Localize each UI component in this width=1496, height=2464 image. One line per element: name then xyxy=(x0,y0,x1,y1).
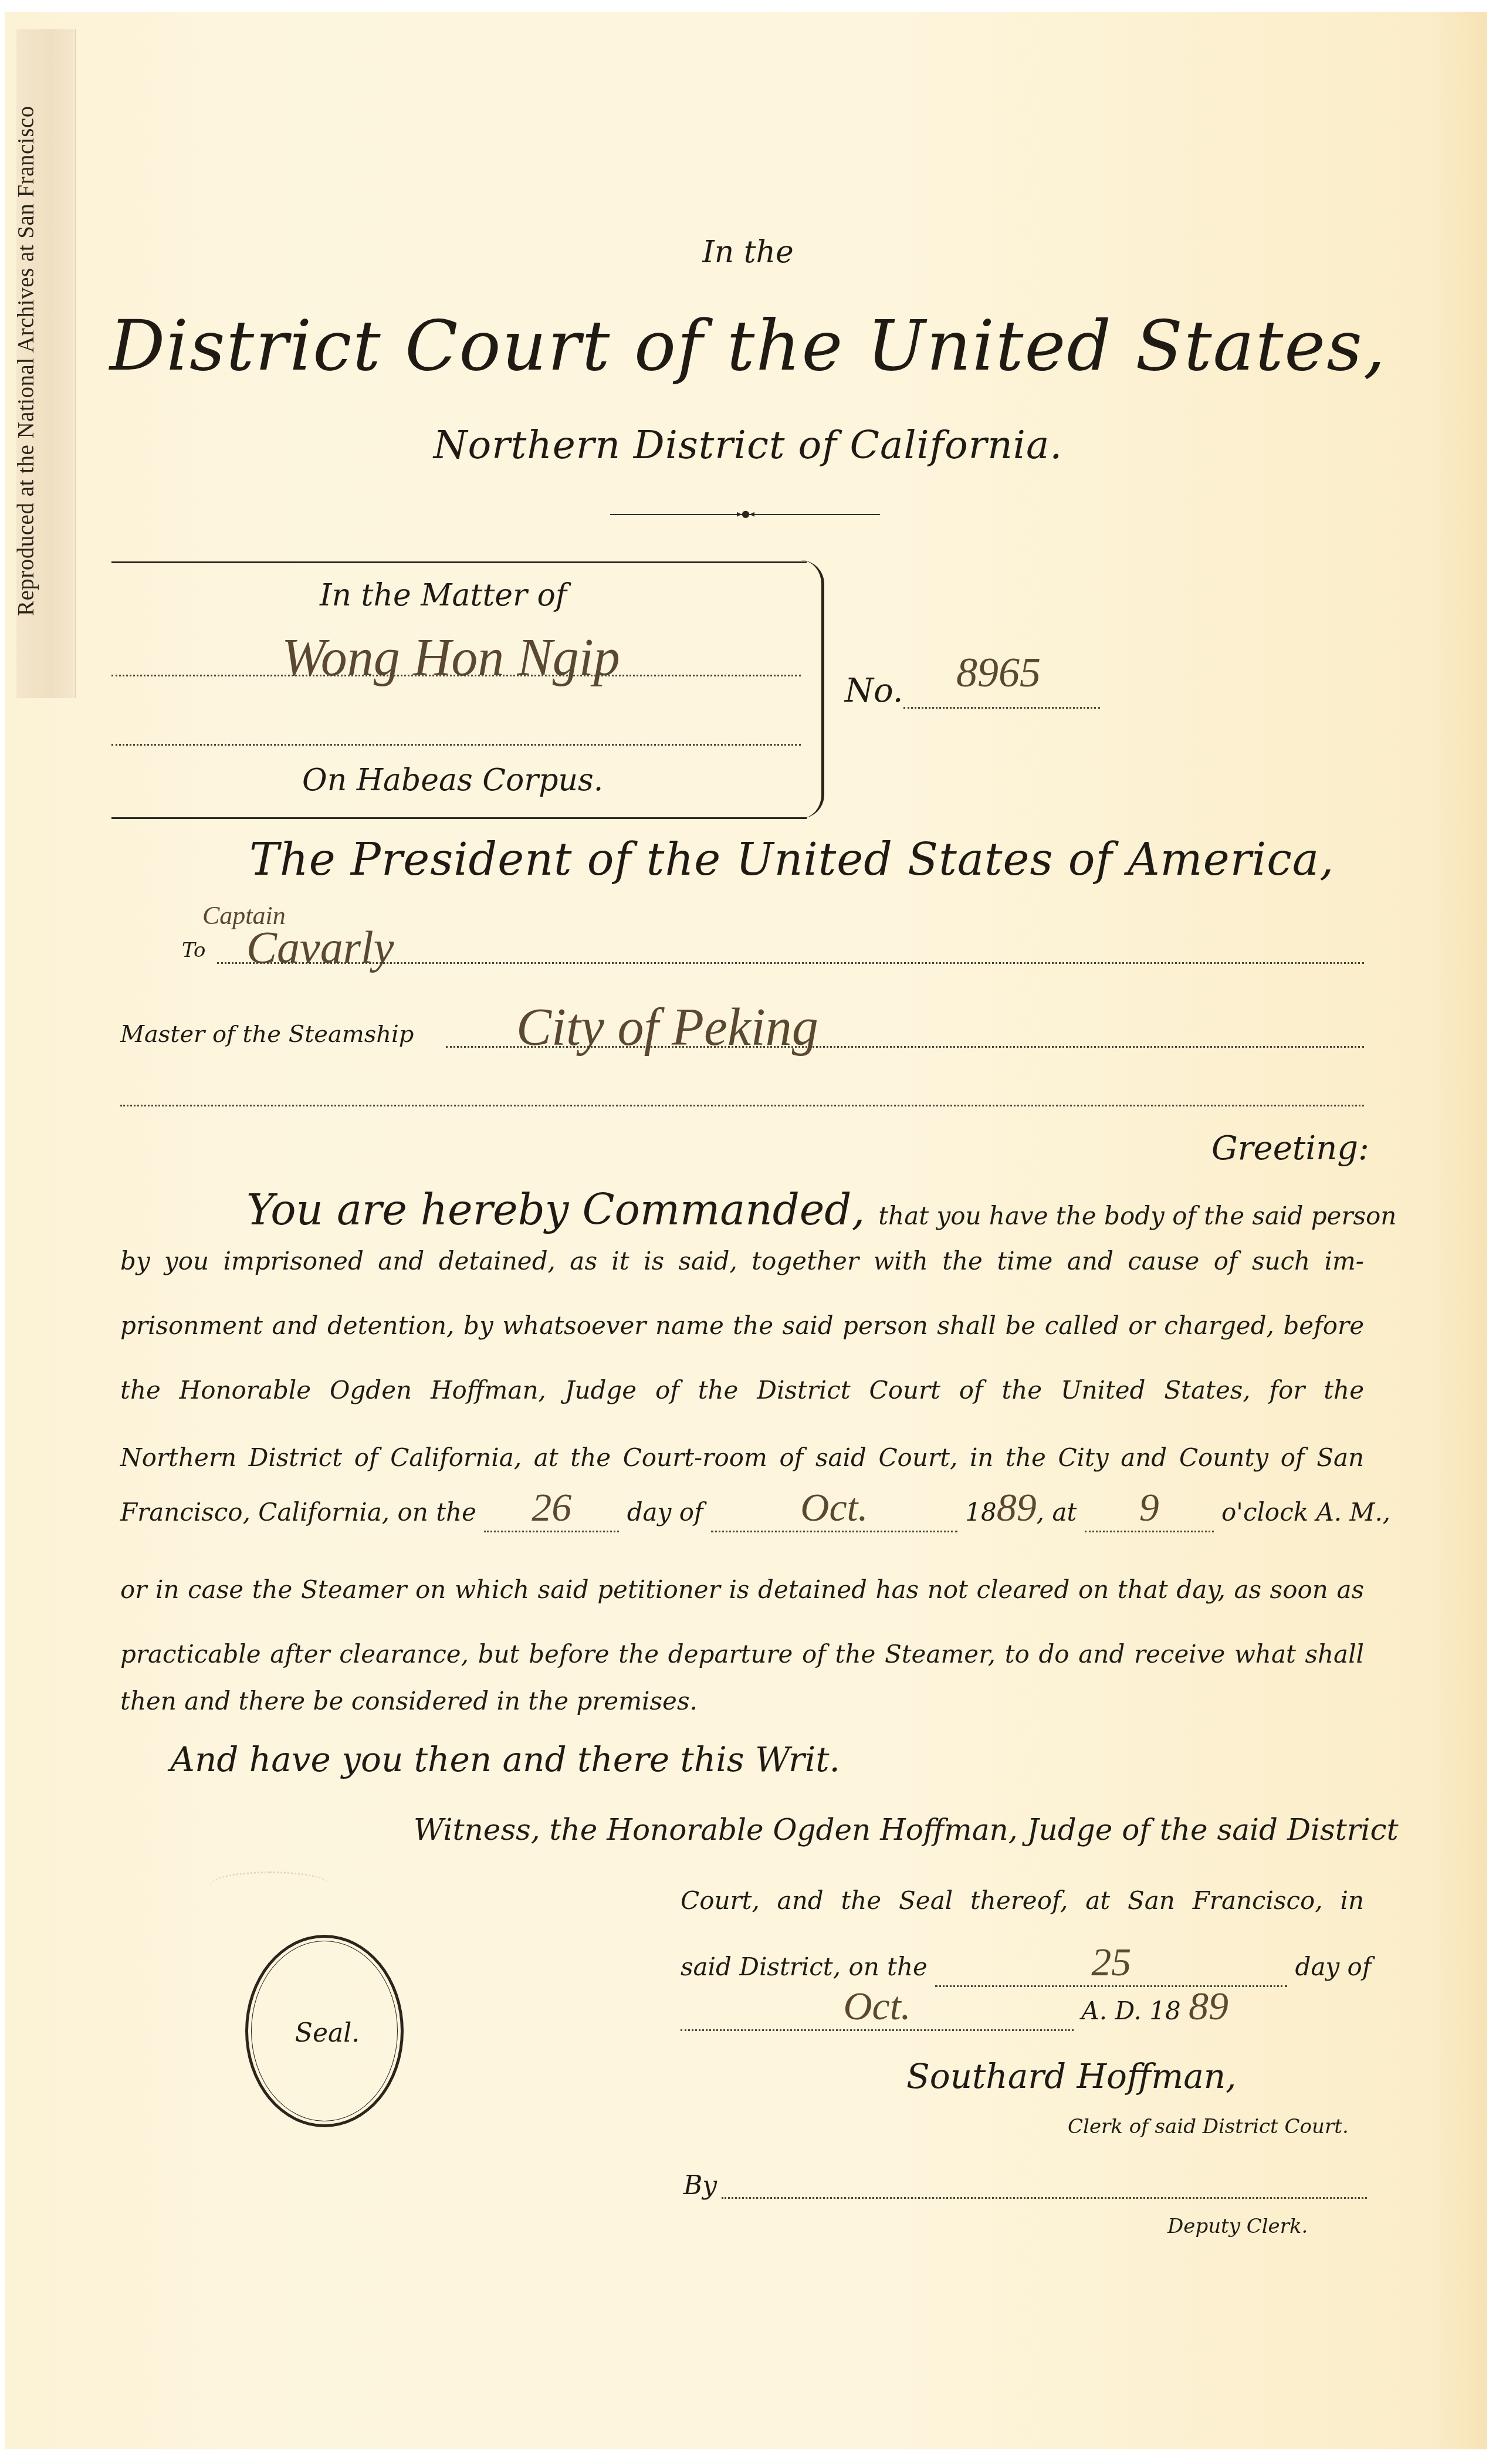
clerk-name: Southard Hoffman, xyxy=(906,2056,1237,2096)
district-subtitle: Northern District of California. xyxy=(0,422,1496,468)
steamship-name[interactable]: City of Peking xyxy=(516,997,818,1058)
body-line-9: then and there be considered in the prem… xyxy=(120,1687,698,1715)
witness-line-2: Court, and the Seal thereof, at San Fran… xyxy=(681,1886,1364,1915)
to-label: To xyxy=(182,939,206,962)
by-label: By xyxy=(683,2171,717,2201)
witness-line-1: Witness, the Honorable Ogden Hoffman, Ju… xyxy=(414,1813,1399,1847)
faint-stamp-mark xyxy=(211,1871,329,1897)
body-line-3: prisonment and detention, by whatsoever … xyxy=(120,1311,1364,1340)
caption-bottom-rule xyxy=(111,817,807,819)
habeas-corpus-label: On Habeas Corpus. xyxy=(302,763,603,798)
case-number[interactable]: 8965 xyxy=(956,648,1041,697)
hearing-text-b: day of xyxy=(627,1498,703,1527)
case-number-label: No. xyxy=(845,672,903,710)
steamship-line xyxy=(446,1046,1364,1048)
issue-month-field[interactable]: Oct. xyxy=(681,1983,1074,2031)
president-line: The President of the United States of Am… xyxy=(249,833,1334,885)
recipient-line xyxy=(217,962,1364,964)
petitioner-name-line xyxy=(111,675,801,676)
petitioner-name-line-2 xyxy=(111,744,801,746)
commanded-line: You are hereby Commanded, that you have … xyxy=(246,1185,1396,1234)
issue-year-suffix[interactable]: 89 xyxy=(1189,1984,1228,2028)
hearing-text-c: 18 xyxy=(965,1498,996,1527)
hearing-date-line: Francisco, California, on the 26 day of … xyxy=(120,1484,1364,1532)
body-line-8: practicable after clearance, but before … xyxy=(120,1640,1364,1668)
issue-day: 25 xyxy=(1091,1940,1131,1984)
court-title: District Court of the United States, xyxy=(0,305,1496,386)
witness-text-a: said District, on the xyxy=(681,1952,928,1981)
master-label: Master of the Steamship xyxy=(120,1021,414,1048)
seal-oval: Seal. xyxy=(245,1935,404,2127)
hearing-hour: 9 xyxy=(1139,1485,1159,1529)
hearing-text-d: , at xyxy=(1037,1498,1077,1527)
body-line-4: the Honorable Ogden Hoffman, Judge of th… xyxy=(120,1376,1364,1404)
issue-day-field[interactable]: 25 xyxy=(935,1939,1287,1987)
ornament-divider: ▸●◂ xyxy=(610,513,880,516)
blank-line xyxy=(120,1105,1364,1106)
ad-label: A. D. 18 xyxy=(1081,1996,1180,2025)
right-brace-icon xyxy=(798,560,824,818)
case-number-line xyxy=(903,707,1100,709)
hearing-year-suffix[interactable]: 89 xyxy=(997,1485,1037,1529)
body-line-7: or in case the Steamer on which said pet… xyxy=(120,1575,1364,1604)
hearing-hour-field[interactable]: 9 xyxy=(1085,1484,1214,1532)
hearing-day: 26 xyxy=(532,1485,571,1529)
recipient-name[interactable]: Cavarly xyxy=(246,921,394,974)
issue-month: Oct. xyxy=(843,1984,911,2028)
witness-line-4: Oct. A. D. 18 89 xyxy=(681,1983,1364,2031)
hearing-text-a: Francisco, California, on the xyxy=(120,1498,476,1527)
hearing-month: Oct. xyxy=(800,1485,868,1529)
bow-knot-icon: ▸●◂ xyxy=(737,509,754,519)
caption-top-rule xyxy=(111,561,807,563)
witness-line-3: said District, on the 25 day of xyxy=(681,1939,1364,1987)
seal-label: Seal. xyxy=(248,2018,407,2048)
greeting: Greeting: xyxy=(1211,1129,1369,1167)
in-the-matter-of-label: In the Matter of xyxy=(320,578,567,613)
clerk-title: Clerk of said District Court. xyxy=(1068,2115,1349,2138)
deputy-signature-line[interactable] xyxy=(722,2197,1367,2199)
commanded-lead: You are hereby Commanded, xyxy=(246,1185,865,1234)
deputy-clerk-title: Deputy Clerk. xyxy=(1167,2215,1308,2238)
header-in-the: In the xyxy=(0,235,1496,270)
hearing-month-field[interactable]: Oct. xyxy=(711,1484,957,1532)
body-line-2: by you imprisoned and detained, as it is… xyxy=(120,1247,1364,1275)
commanded-rest: that you have the body of the said perso… xyxy=(878,1201,1396,1230)
and-have-writ: And have you then and there this Writ. xyxy=(170,1739,840,1779)
witness-text-b: day of xyxy=(1295,1952,1372,1981)
hearing-day-field[interactable]: 26 xyxy=(484,1484,619,1532)
hearing-text-e: o'clock A. M., xyxy=(1221,1498,1390,1527)
body-line-5: Northern District of California, at the … xyxy=(120,1443,1364,1472)
petitioner-name[interactable]: Wong Hon Ngip xyxy=(282,628,620,688)
